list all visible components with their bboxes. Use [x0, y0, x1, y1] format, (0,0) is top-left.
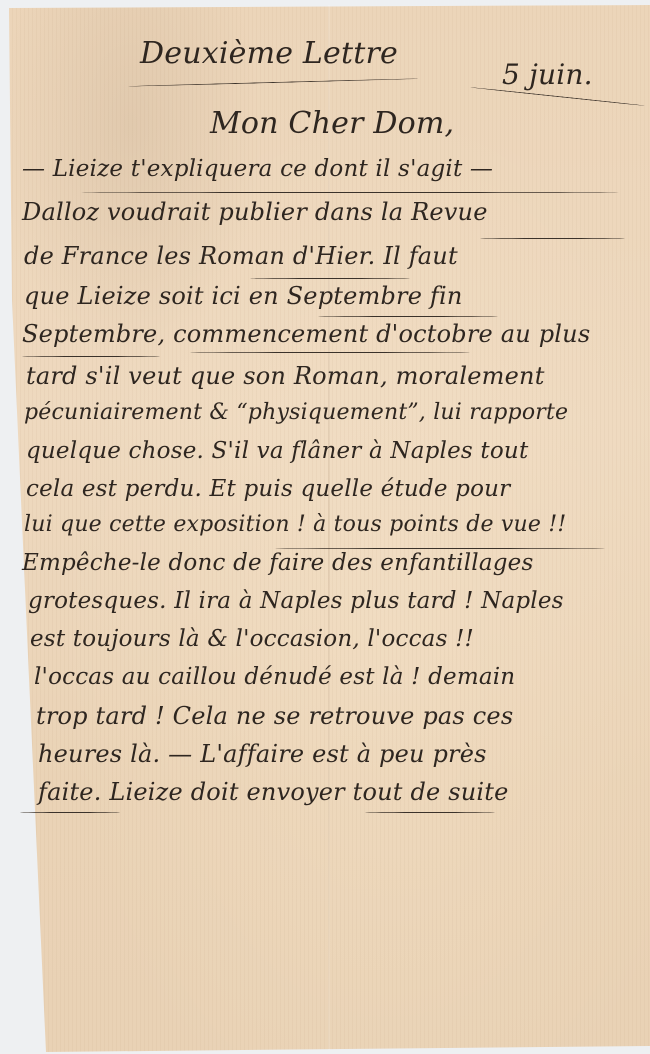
letter-line: de France les Roman d'Hier. Il faut: [24, 244, 458, 268]
letter-line: — Lieize t'expliquera ce dont il s'agit …: [22, 158, 493, 181]
line-underline: [190, 352, 470, 353]
letter-line: lui que cette exposition ! à tous points…: [24, 514, 566, 536]
letter-line: pécuniairement & “physiquement”, lui rap…: [24, 402, 568, 424]
scanned-letter-page: Deuxième Lettre 5 juin. Mon Cher Dom, — …: [0, 0, 650, 1054]
letter-line: cela est perdu. Et puis quelle étude pou…: [26, 478, 510, 501]
letter-line: quelque chose. S'il va flâner à Naples t…: [26, 440, 528, 463]
letter-salutation: Mon Cher Dom,: [210, 106, 454, 141]
letter-line: Dalloz voudrait publier dans la Revue: [22, 200, 488, 224]
letter-date: 5 juin.: [502, 58, 593, 91]
line-underline: [20, 812, 120, 813]
line-underline: [250, 278, 410, 279]
letter-line: tard s'il veut que son Roman, moralement: [26, 364, 545, 388]
line-underline: [22, 356, 160, 357]
line-underline: [318, 316, 498, 317]
letter-line: Empêche-le donc de faire des enfantillag…: [22, 552, 533, 575]
line-underline: [275, 548, 605, 549]
letter-line: faite. Lieize doit envoyer tout de suite: [38, 780, 509, 804]
letter-line: trop tard ! Cela ne se retrouve pas ces: [36, 704, 513, 728]
letter-line: heures là. — L'affaire est à peu près: [38, 742, 487, 766]
line-underline: [480, 238, 625, 239]
letter-line: l'occas au caillou dénudé est là ! demai…: [34, 666, 515, 689]
line-underline: [80, 192, 620, 193]
letter-line: grotesques. Il ira à Naples plus tard ! …: [28, 590, 564, 613]
letter-line: Septembre, commencement d'octobre au plu…: [22, 322, 590, 346]
letter-title: Deuxième Lettre: [140, 36, 398, 71]
letter-line: est toujours là & l'occasion, l'occas !!: [30, 628, 474, 651]
line-underline: [365, 812, 495, 813]
letter-line: que Lieize soit ici en Septembre fin: [24, 284, 463, 308]
